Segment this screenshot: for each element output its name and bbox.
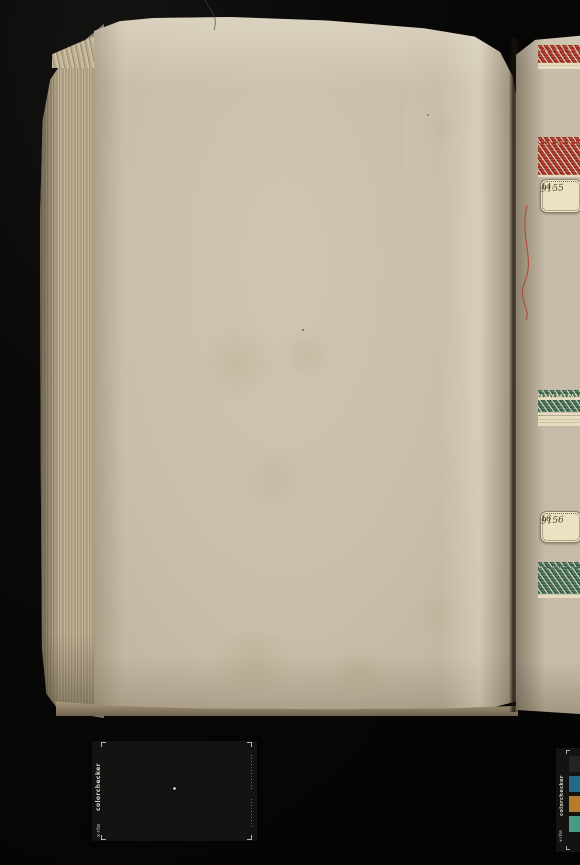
corner-mark bbox=[247, 835, 252, 840]
reflection-glint bbox=[173, 787, 176, 790]
microtext-strip bbox=[251, 755, 252, 789]
quantity-note: 16 bbox=[541, 514, 552, 524]
colorchecker-card: colorchecker x-rite bbox=[92, 741, 257, 841]
photograph-of-sample-book: ❧❦ ❧❦ ❧❦ ❧❦ bbox=[0, 0, 580, 865]
colorchecker-patch-grid bbox=[107, 745, 249, 837]
colorchecker-wordmark: colorchecker bbox=[95, 749, 103, 811]
fly-speck bbox=[302, 329, 304, 331]
fly-speck bbox=[427, 114, 429, 116]
corner-mark bbox=[101, 742, 106, 747]
corner-mark bbox=[566, 750, 570, 754]
sample-label: 9156 16 bbox=[540, 511, 580, 543]
partial-patch-column bbox=[556, 748, 580, 852]
corner-mark bbox=[247, 742, 252, 747]
quantity-note: 14. bbox=[541, 182, 554, 192]
stain-mark bbox=[424, 112, 460, 148]
blank-verso-page bbox=[94, 17, 517, 718]
stain-mark bbox=[204, 317, 274, 407]
microtext-strip bbox=[251, 797, 252, 827]
stain-mark bbox=[324, 647, 394, 695]
sample-label: 9155 14. bbox=[540, 179, 580, 213]
color-patch bbox=[569, 816, 580, 832]
colorchecker-card-partial: colorchecker x-rite bbox=[556, 748, 580, 852]
fabric-swatch-red-2: ❧❦ ❧❦ bbox=[538, 137, 580, 341]
stain-mark bbox=[414, 592, 460, 638]
recto-page-sliver: ❧❦ ❧❦ ❧❦ ❧❦ bbox=[516, 33, 580, 716]
stain-mark bbox=[234, 447, 314, 511]
color-patch bbox=[569, 756, 580, 772]
stain-mark bbox=[279, 327, 334, 382]
stain-mark bbox=[204, 632, 304, 692]
page-crease bbox=[399, 87, 402, 367]
colorchecker-product-name: colorchecker bbox=[95, 763, 103, 811]
fabric-swatch-green-2: ❧❦ bbox=[538, 562, 580, 690]
corner-mark bbox=[566, 846, 570, 850]
corner-mark bbox=[101, 835, 106, 840]
xrite-logo: x-rite bbox=[95, 817, 103, 837]
color-patch bbox=[569, 796, 580, 812]
fabric-swatch-red-1: ❧❦ bbox=[538, 45, 580, 137]
color-patch bbox=[569, 776, 580, 792]
